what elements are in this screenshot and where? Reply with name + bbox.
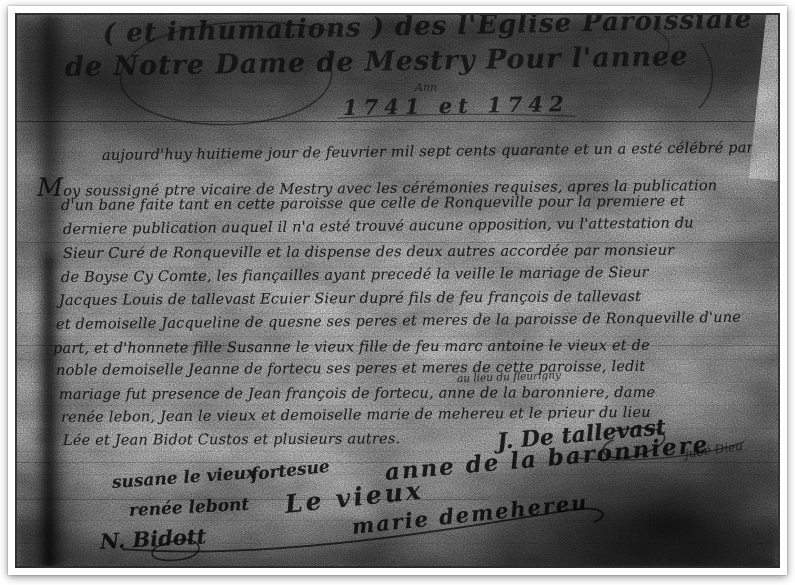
- horizontal-rule-strong: [17, 121, 778, 122]
- body-line-13: Lée et Jean Bidot Custos et plusieurs au…: [63, 431, 400, 449]
- body-line-8: et demoiselle Jacqueline de quesne ses p…: [56, 310, 741, 333]
- title-year-line: 1741 et 1742: [343, 91, 570, 120]
- body-line-5: Sieur Curé de Ronqueville et la dispense…: [63, 243, 674, 262]
- body-line-1: aujourd'huy huitieme jour de feuvrier mi…: [102, 140, 754, 164]
- signature-bidot: N. Bidott: [99, 523, 206, 554]
- body-line-3: d'un bane faite tant en cette paroisse q…: [61, 194, 685, 214]
- title-year-note: Ann: [415, 81, 437, 94]
- body-line-4: derniere publication auquel il n'a esté …: [63, 215, 694, 238]
- stain-left-gutter-core: [41, 255, 57, 568]
- page: { "palette": { "paper": "#e3e3e3", "ink"…: [0, 0, 795, 585]
- body-line-9: part, et d'honnete fille Susanne le vieu…: [53, 338, 650, 357]
- body-line-6: de Boyse Cy Comte, les fiançailles ayant…: [61, 265, 649, 286]
- interline-note: au lieu du fleurigny: [457, 369, 561, 385]
- body-line-7: Jacques Louis de tallevast Ecuier Sieur …: [59, 289, 641, 309]
- document-scan: ( et inhumations ) des l'Eglise Paroissi…: [15, 13, 780, 568]
- page-edge-sliver: [749, 13, 780, 181]
- signature-susane: susane le vieux: [111, 463, 256, 493]
- body-line-11: mariage fut presence de Jean françois de…: [59, 385, 655, 403]
- annee-paren-flourish: [699, 43, 713, 109]
- framed-photo: ( et inhumations ) des l'Eglise Paroissi…: [8, 6, 787, 575]
- stain-left-gutter: [33, 15, 69, 566]
